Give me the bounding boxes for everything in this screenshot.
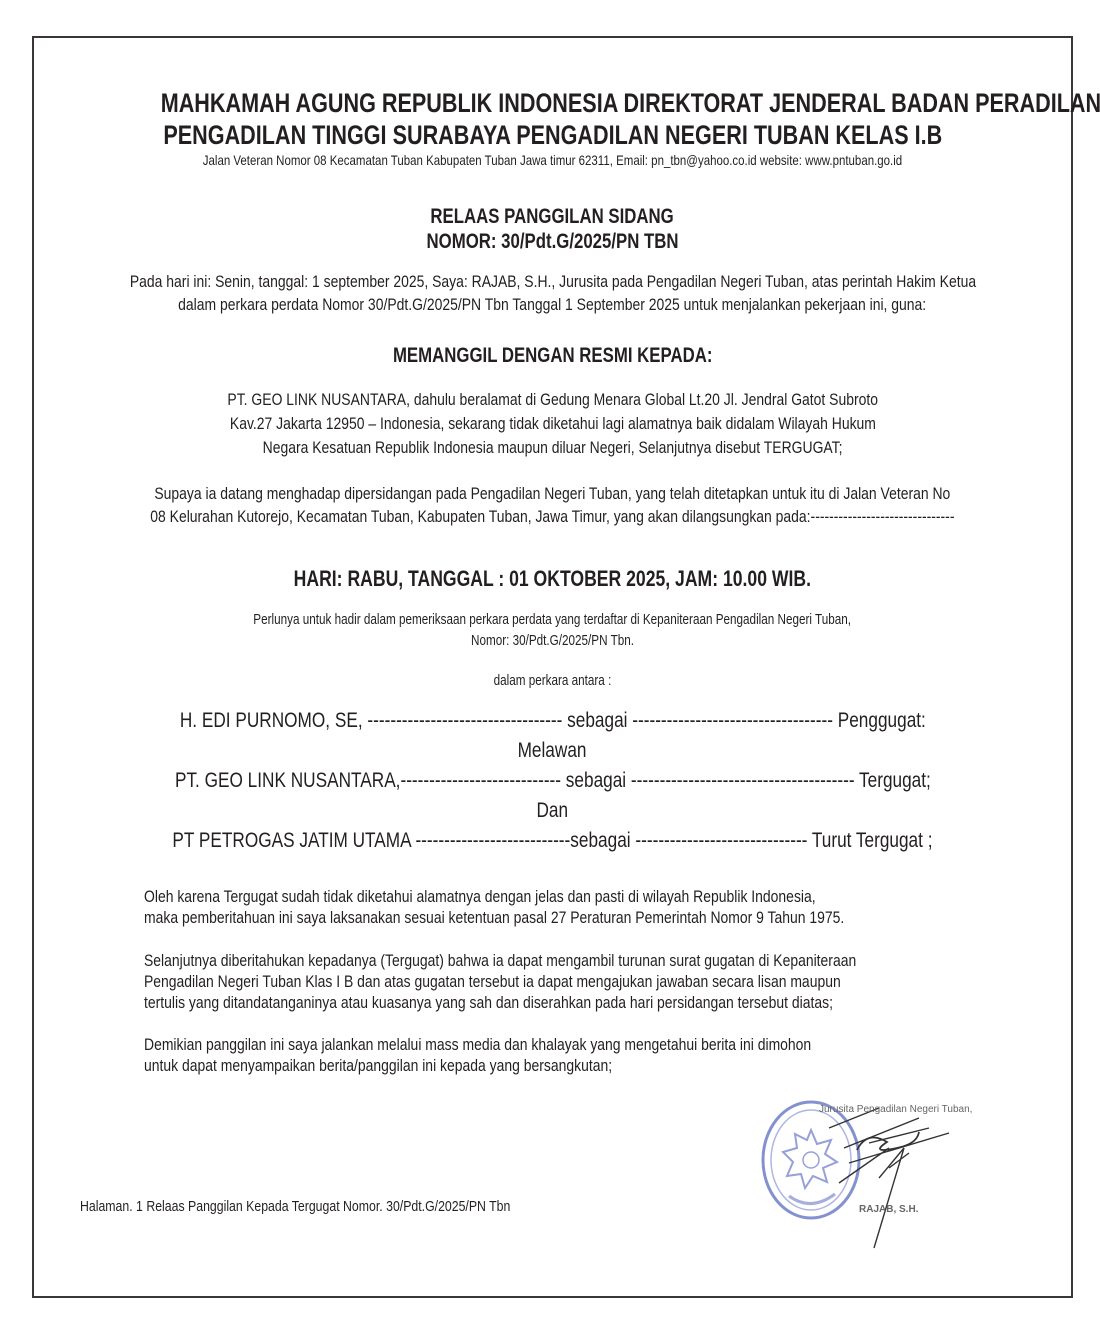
party-co-defendant: PT PETROGAS JATIM UTAMA ----------------… <box>172 826 932 856</box>
header-address: Jalan Veteran Nomor 08 Kecamatan Tuban K… <box>34 152 1071 168</box>
paragraph-closing: Demikian panggilan ini saya jalankan mel… <box>144 1034 944 1076</box>
party-separator: Melawan <box>518 736 587 766</box>
intro-line: dalam perkara perdata Nomor 30/Pdt.G/202… <box>178 293 926 316</box>
page-footer: Halaman. 1 Relaas Panggilan Kepada Tergu… <box>80 1198 605 1215</box>
paragraph-line: Selanjutnya diberitahukan kepadanya (Ter… <box>144 950 800 971</box>
party-plaintiff: H. EDI PURNOMO, SE, --------------------… <box>180 706 926 736</box>
header-court: PENGADILAN TINGGI SURABAYA PENGADILAN NE… <box>34 120 1071 151</box>
summon-heading: MEMANGGIL DENGAN RESMI KEPADA: <box>34 344 1071 368</box>
party-defendant: PT. GEO LINK NUSANTARA,-----------------… <box>175 766 931 796</box>
hearing-text: HARI: RABU, TANGGAL : 01 OKTOBER 2025, J… <box>294 566 811 592</box>
paragraph-line: Pengadilan Negeri Tuban Klas I B dan ata… <box>144 971 800 992</box>
summon-heading-text: MEMANGGIL DENGAN RESMI KEPADA: <box>393 344 713 368</box>
between-label: dalam perkara antara : <box>34 672 1071 689</box>
document-title: RELAAS PANGGILAN SIDANG <box>34 205 1071 229</box>
header-line-2: PENGADILAN TINGGI SURABAYA PENGADILAN NE… <box>163 120 942 151</box>
intro-line: Pada hari ini: Senin, tanggal: 1 septemb… <box>129 270 975 293</box>
footer-text: Halaman. 1 Relaas Panggilan Kepada Tergu… <box>80 1198 510 1215</box>
purpose-line: Nomor: 30/Pdt.G/2025/PN Tbn. <box>471 630 634 651</box>
signer-title: Jurusita Pengadilan Negeri Tuban, <box>819 1104 972 1115</box>
party-line: Kav.27 Jakarta 12950 – Indonesia, sekara… <box>229 412 875 436</box>
paragraph-line: Demikian panggilan ini saya jalankan mel… <box>144 1034 800 1055</box>
appearance-line: Supaya ia datang menghadap dipersidangan… <box>155 482 951 505</box>
appearance-paragraph: Supaya ia datang menghadap dipersidangan… <box>34 482 1071 528</box>
purpose-line: Perlunya untuk hadir dalam pemeriksaan p… <box>254 609 852 630</box>
paragraph-line: untuk dapat menyampaikan berita/panggila… <box>144 1055 800 1076</box>
summoned-party: PT. GEO LINK NUSANTARA, dahulu beralamat… <box>34 388 1071 460</box>
purpose-paragraph: Perlunya untuk hadir dalam pemeriksaan p… <box>34 609 1071 651</box>
party-line: Negara Kesatuan Republik Indonesia maupu… <box>263 436 843 460</box>
header-line-1: MAHKAMAH AGUNG REPUBLIK INDONESIA DIREKT… <box>161 88 1100 119</box>
paragraph-line: tertulis yang ditandatanganinya atau kua… <box>144 992 800 1013</box>
court-seal-icon: Jurusita Pengadilan Negeri Tuban, RAJAB,… <box>749 1088 989 1268</box>
title-line-2: NOMOR: 30/Pdt.G/2025/PN TBN <box>426 230 678 254</box>
between-label-text: dalam perkara antara : <box>494 672 612 689</box>
paragraph-notice: Oleh karena Tergugat sudah tidak diketah… <box>144 886 944 928</box>
parties-list: H. EDI PURNOMO, SE, --------------------… <box>34 706 1071 856</box>
title-line-1: RELAAS PANGGILAN SIDANG <box>431 205 674 229</box>
paragraph-line: maka pemberitahuan ini saya laksanakan s… <box>144 907 800 928</box>
document-page: MAHKAMAH AGUNG REPUBLIK INDONESIA DIREKT… <box>32 36 1073 1298</box>
party-line: PT. GEO LINK NUSANTARA, dahulu beralamat… <box>227 388 878 412</box>
header-institution: MAHKAMAH AGUNG REPUBLIK INDONESIA DIREKT… <box>34 88 1071 119</box>
address-text: Jalan Veteran Nomor 08 Kecamatan Tuban K… <box>203 152 902 168</box>
signer-name: RAJAB, S.H. <box>859 1204 919 1215</box>
hearing-schedule: HARI: RABU, TANGGAL : 01 OKTOBER 2025, J… <box>34 566 1071 592</box>
intro-paragraph: Pada hari ini: Senin, tanggal: 1 septemb… <box>34 270 1071 316</box>
paragraph-line: Oleh karena Tergugat sudah tidak diketah… <box>144 886 800 907</box>
document-number: NOMOR: 30/Pdt.G/2025/PN TBN <box>34 230 1071 254</box>
party-separator: Dan <box>537 796 569 826</box>
appearance-line: 08 Kelurahan Kutorejo, Kecamatan Tuban, … <box>150 505 954 528</box>
paragraph-copy-claim: Selanjutnya diberitahukan kepadanya (Ter… <box>144 950 944 1013</box>
signature-stamp: Jurusita Pengadilan Negeri Tuban, RAJAB,… <box>749 1088 989 1268</box>
